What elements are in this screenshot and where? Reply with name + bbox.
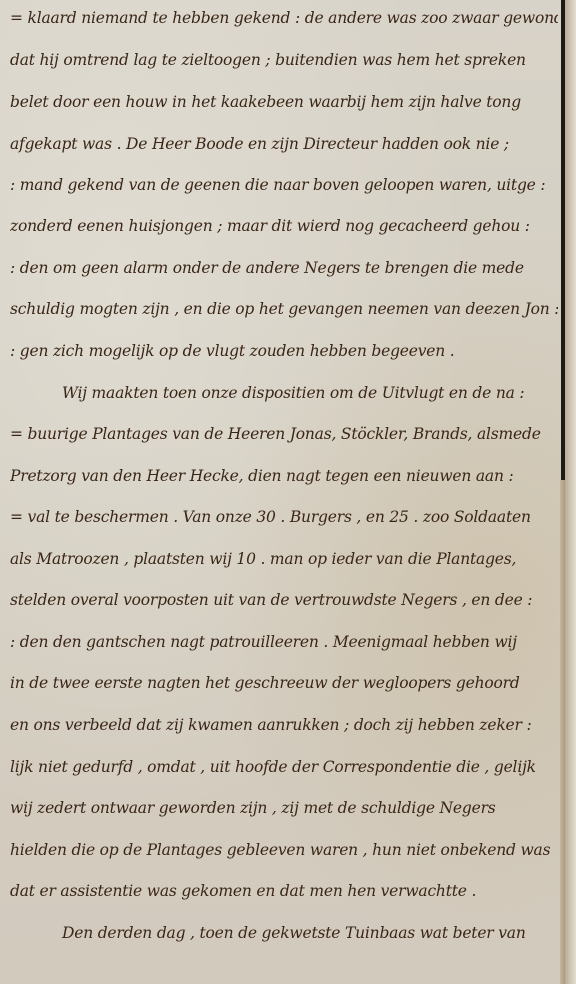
text-line: stelden overal voorposten uit van de ver… [10,582,558,618]
text-line: Pretzorg van den Heer Hecke, dien nagt t… [10,458,558,494]
text-line: = val te beschermen . Van onze 30 . Burg… [10,499,558,535]
text-line: hielden die op de Plantages gebleeven wa… [10,832,558,868]
text-line: belet door een houw in het kaakebeen waa… [10,84,558,120]
text-line: en ons verbeeld dat zij kwamen aanrukken… [10,707,558,743]
text-line: = klaard niemand te hebben gekend : de a… [10,0,558,36]
text-line: dat er assistentie was gekomen en dat me… [10,873,558,909]
text-line: dat hij omtrend lag te zieltoogen ; buit… [10,42,558,78]
text-line: wij zedert ontwaar geworden zijn , zij m… [10,790,558,826]
paragraph-start-line: Den derden dag , toen de gekwetste Tuinb… [10,915,558,951]
text-line: = buurige Plantages van de Heeren Jonas,… [10,416,558,452]
text-line: zonderd eenen huisjongen ; maar dit wier… [10,208,558,244]
manuscript-page: = klaard niemand te hebben gekend : de a… [0,0,576,984]
text-line: : den den gantschen nagt patrouilleeren … [10,624,558,660]
text-line: : mand gekend van de geenen die naar bov… [10,167,558,203]
text-line: schuldig mogten zijn , en die op het gev… [10,291,558,327]
text-line: als Matroozen , plaatsten wij 10 . man o… [10,541,558,577]
text-line: : gen zich mogelijk op de vlugt zouden h… [10,333,558,369]
page-edge [565,0,576,984]
paragraph-start-line: Wij maakten toen onze dispositien om de … [10,375,558,411]
text-line: in de twee eerste nagten het geschreeuw … [10,665,558,701]
text-line: afgekapt was . De Heer Boode en zijn Dir… [10,126,558,162]
text-line: : den om geen alarm onder de andere Nege… [10,250,558,286]
text-line: lijk niet gedurfd , omdat , uit hoofde d… [10,749,558,785]
